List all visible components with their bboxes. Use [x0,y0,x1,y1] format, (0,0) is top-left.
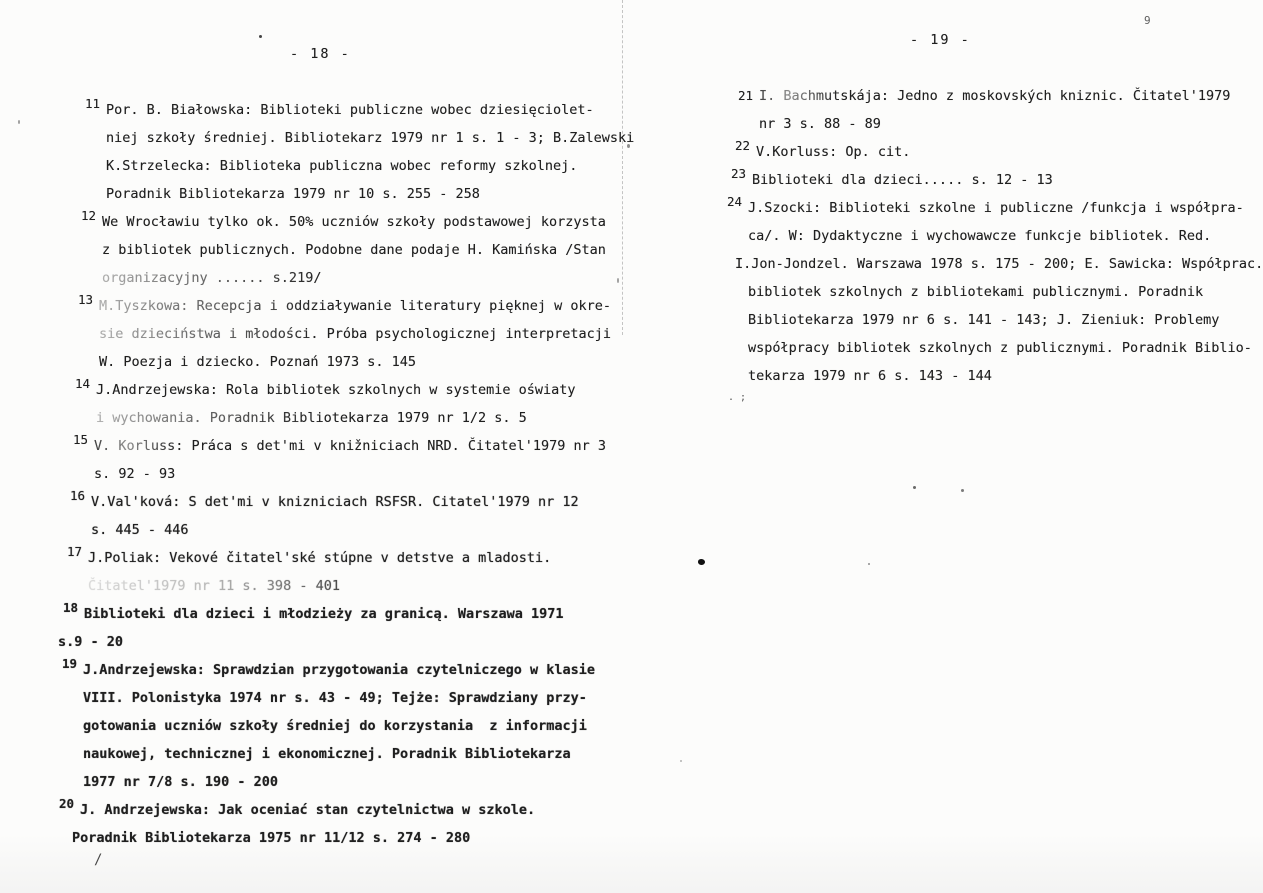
footnote-line: bibliotek szkolnych z bibliotekami publi… [748,278,1263,306]
footnote-text: We Wrocławiu tylko ok. 50% uczniów szkoł… [102,208,640,292]
footnote-line: ca/. W: Dydaktyczne i wychowawcze funkcj… [748,222,1263,250]
footnote-text: Biblioteki dla dzieci i młodzieży za gra… [84,600,640,656]
footnote-text: J.Andrzejewska: Rola bibliotek szkolnych… [96,376,640,432]
footnote-number: 21 [738,82,759,110]
footnote-line: V. Korluss: Práca s det'mi v knižniciach… [94,432,640,460]
footnote-line: organizacyjny ...... s.219/ [102,264,640,292]
footnote-19: 19 J.Andrzejewska: Sprawdzian przygotowa… [62,656,640,796]
footnote-number: 14 [75,370,96,398]
footnote-number: 12 [81,202,102,230]
footnote-line: I.Jon-Jondzel. Warszawa 1978 s. 175 - 20… [735,250,1263,278]
footnote-line: J.Poliak: Vekové čitatel'ské stúpne v de… [88,544,640,572]
footnote-number: 11 [85,90,106,118]
footnote-number: 19 [62,650,83,678]
stray-mark-glyph: 9 [1144,14,1151,27]
footnote-number: 18 [63,594,84,622]
footnote-line: Bibliotekarza 1979 nr 6 s. 141 - 143; J.… [748,306,1263,334]
footnote-20: 20 J. Andrzejewska: Jak oceniać stan czy… [59,796,640,852]
footnote-text: J.Szocki: Biblioteki szkolne i publiczne… [748,194,1263,390]
footnote-line: tekarza 1979 nr 6 s. 143 - 144 [748,362,1263,390]
scanned-document: { "left_page": { "header": "- 18 -", "fo… [0,0,1263,893]
footnote-line: z bibliotek publicznych. Podobne dane po… [102,236,640,264]
footnote-line: s. 92 - 93 [94,460,640,488]
scan-speck [18,120,20,124]
footnote-line: K.Strzelecka: Biblioteka publiczna wobec… [106,152,640,180]
footnote-number: 17 [67,538,88,566]
scan-speck [617,278,619,283]
footnote-text: V.Korluss: Op. cit. [756,138,1263,166]
footnote-line: Biblioteki dla dzieci..... s. 12 - 13 [752,166,1263,194]
ink-blot [698,559,705,565]
scan-speck [259,35,262,38]
footnote-number: 20 [59,790,80,818]
footnote-line: s. 445 - 446 [91,516,640,544]
footnote-23: 23 Biblioteki dla dzieci..... s. 12 - 13 [731,166,1263,194]
footnote-14: 14 J.Andrzejewska: Rola bibliotek szkoln… [75,376,640,432]
footnote-line: nr 3 s. 88 - 89 [759,110,1263,138]
footnote-22: 22 V.Korluss: Op. cit. [735,138,1263,166]
footnote-line: J.Szocki: Biblioteki szkolne i publiczne… [748,194,1263,222]
footnote-12: 12 We Wrocławiu tylko ok. 50% uczniów sz… [81,208,640,292]
footnote-13: 13 M.Tyszkowa: Recepcja i oddziaływanie … [78,292,640,376]
footnote-text: Por. B. Białowska: Biblioteki publiczne … [106,96,640,208]
page-number-left: - 18 - [290,44,640,64]
stray-mark-glyph: . ; [728,392,746,403]
scan-speck [913,486,916,489]
footnote-text: J. Andrzejewska: Jak oceniać stan czytel… [80,796,640,852]
stray-mark-glyph: / [94,852,102,868]
footnote-17: 17 J.Poliak: Vekové čitatel'ské stúpne v… [67,544,640,600]
page-left: - 18 - 11 Por. B. Białowska: Biblioteki … [55,44,640,852]
scan-speck [680,760,682,762]
footnote-line: J.Andrzejewska: Sprawdzian przygotowania… [83,656,640,684]
footnote-number: 22 [735,132,756,160]
scan-speck [961,489,964,492]
footnote-line: V.Korluss: Op. cit. [756,138,1263,166]
scan-speck [868,563,870,565]
footnote-text: Biblioteki dla dzieci..... s. 12 - 13 [752,166,1263,194]
footnote-line: gotowania uczniów szkoły średniej do kor… [83,712,640,740]
footnote-line: s.9 - 20 [58,628,640,656]
footnote-line: współpracy bibliotek szkolnych z publicz… [748,334,1263,362]
footnote-line: 1977 nr 7/8 s. 190 - 200 [83,768,640,796]
page-number-right: - 19 - [910,30,1263,50]
footnote-number: 15 [73,426,94,454]
footnote-line: sie dzieciństwa i młodości. Próba psycho… [99,320,640,348]
footnote-18: 18 Biblioteki dla dzieci i młodzieży za … [63,600,640,656]
footnote-line: M.Tyszkowa: Recepcja i oddziaływanie lit… [99,292,640,320]
footnote-text: M.Tyszkowa: Recepcja i oddziaływanie lit… [99,292,640,376]
footnote-line: Poradnik Bibliotekarza 1975 nr 11/12 s. … [72,824,640,852]
footnote-line: i wychowania. Poradnik Bibliotekarza 197… [96,404,640,432]
footnote-line: VIII. Polonistyka 1974 nr s. 43 - 49; Te… [83,684,640,712]
footnote-24: 24 J.Szocki: Biblioteki szkolne i public… [727,194,1263,390]
footnote-text: I. Bachmutskája: Jedno z moskovských kni… [759,82,1263,138]
footnote-number: 23 [731,160,752,188]
footnote-line: niej szkoły średniej. Bibliotekarz 1979 … [106,124,640,152]
scan-speck [627,144,630,148]
footnote-line: J.Andrzejewska: Rola bibliotek szkolnych… [96,376,640,404]
footnote-line: V.Val'ková: S det'mi v knizniciach RSFSR… [91,488,640,516]
footnote-21: 21 I. Bachmutskája: Jedno z moskovských … [738,82,1263,138]
footnote-15: 15 V. Korluss: Práca s det'mi v knižnici… [73,432,640,488]
page-right: - 19 - 21 I. Bachmutskája: Jedno z mosko… [715,30,1263,390]
footnote-line: Čitatel'1979 nr 11 s. 398 - 401 [88,572,640,600]
footnote-11: 11 Por. B. Białowska: Biblioteki publicz… [85,96,640,208]
footnote-line: W. Poezja i dziecko. Poznań 1973 s. 145 [99,348,640,376]
footnote-text: J.Poliak: Vekové čitatel'ské stúpne v de… [88,544,640,600]
footnote-number: 24 [727,188,748,216]
footnote-line: Biblioteki dla dzieci i młodzieży za gra… [84,600,640,628]
footnote-text: V. Korluss: Práca s det'mi v knižniciach… [94,432,640,488]
footnote-line: I. Bachmutskája: Jedno z moskovských kni… [759,82,1263,110]
footnote-line: We Wrocławiu tylko ok. 50% uczniów szkoł… [102,208,640,236]
footnote-line: Poradnik Bibliotekarza 1979 nr 10 s. 255… [106,180,640,208]
footnote-number: 13 [78,286,99,314]
footnote-line: J. Andrzejewska: Jak oceniać stan czytel… [80,796,640,824]
footnote-text: J.Andrzejewska: Sprawdzian przygotowania… [83,656,640,796]
footnote-16: 16 V.Val'ková: S det'mi v knizniciach RS… [70,488,640,544]
footnote-text: V.Val'ková: S det'mi v knizniciach RSFSR… [91,488,640,544]
footnote-line: Por. B. Białowska: Biblioteki publiczne … [106,96,640,124]
footnote-number: 16 [70,482,91,510]
scan-speck [1111,321,1114,324]
footnote-line: naukowej, technicznej i ekonomicznej. Po… [83,740,640,768]
